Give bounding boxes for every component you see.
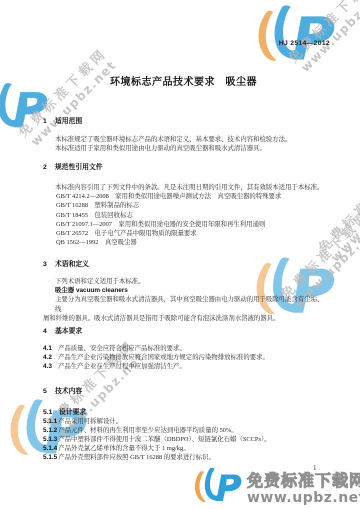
clause-text: 产品外壳氯乙烯单体的含量不得大于 1 mg/kg。 [58,444,189,453]
standard-number: HJ 2514—2012 [279,40,330,47]
page-title: 环境标志产品技术要求 吸尘器 [43,73,324,88]
section-number: 4 [43,328,50,335]
clause-text: 产品质量、安全应符合相应产品标准的要求。 [58,344,186,353]
section-title: 适用范围 [55,118,82,125]
clause-number: 4.2 [43,353,57,362]
section-title: 规范性引用文件 [55,164,103,171]
section-1-body: 本标准规定了吸尘器环境标志产品的术语和定义、基本要求、技术内容和检验方法。 本标… [43,135,325,153]
reference-item: GB/T 16288 塑料制品的标志 [43,201,325,210]
section-number: 2 [43,164,50,171]
clause-number: 4.3 [43,362,57,371]
footer-site-url: www.upbz.net [247,490,360,506]
section-number: 3 [43,261,50,268]
section-number: 1 [43,118,50,125]
up-logo-icon [191,467,245,506]
term-en: vacuum cleaners [76,287,128,294]
paragraph: 本标准内容引用了下列文件中的条款。凡是未注明日期的引用文件，其有效版本适用于本标… [43,183,325,192]
document-page: 免费标准下载网 www.upbz.net 免费标准下载网 www.upbz.ne… [0,0,360,509]
paragraph: 下列术语和定义适用于本标准。 [43,277,325,286]
clause-number: 5.1.1 [43,417,57,426]
clause-row: 4.2 产品生产企业污染物排放应符合国家或地方规定的污染物排放标准的要求。 [43,353,325,362]
clause-row: 5.1.4 产品外壳氯乙烯单体的含量不得大于 1 mg/kg。 [43,444,325,453]
clause-row: 5.1.5 产品外壳塑料部件应按照 GB/T 16288 的要求进行标识。 [43,453,325,462]
term-definition-title: 吸尘器 vacuum cleaners [43,286,325,295]
reference-item: GB/T 4214.2—2008 家用和类似用途电器噪声测试方法 真空吸尘器的特… [43,192,325,201]
reference-item: GB/T 26572 电子电气产品中限用物质的限量要求 [43,229,325,238]
paragraph: 本标准适用于家用和类似用途由电力驱动的真空吸尘器和吸水式清洁器具。 [43,144,325,153]
section-4-heading: 4基本要求 [43,325,82,335]
clause-text: 产品生产企业污染物排放应符合国家或地方规定的污染物排放标准的要求。 [58,353,269,362]
clause-row: 4.1 产品质量、安全应符合相应产品标准的要求。 [43,344,325,353]
section-title: 设计要求 [59,409,86,416]
reference-item: GB/T 18455 包装回收标志 [43,211,325,220]
section-1-heading: 1适用范围 [43,115,82,125]
clause-row: 5.1.2 产品元件、材料的再生利用率至少应达到电器平均质量的 50%。 [43,426,325,435]
clause-number: 5.1.4 [43,444,57,453]
section-2-heading: 2规范性引用文件 [43,161,103,171]
clause-text: 产品外壳塑料部件应按照 GB/T 16288 的要求进行标识。 [58,453,215,462]
clause-row: 5.1.3 产品中塑料部件不得使用十溴二苯醚（DBDPO）、短链氯化石蜡（SCC… [43,435,325,444]
section-5-1-heading: 5.1设计要求 [43,406,86,416]
section-number: 5.1 [43,409,54,416]
clause-row: 5.1.1 产品采用可拆解设计。 [43,417,325,426]
clause-text: 产品元件、材料的再生利用率至少应达到电器平均质量的 50%。 [58,426,237,435]
footer-site-name: 免费标准下载网 [247,468,360,491]
clause-row: 4.3 产品生产企业在生产过程中应加强清洁生产。 [43,362,325,371]
section-title: 基本要求 [55,328,82,335]
reference-item: QB 1562—1992 真空吸尘器 [43,238,325,247]
paragraph: 本标准规定了吸尘器环境标志产品的术语和定义、基本要求、技术内容和检验方法。 [43,135,325,144]
section-number: 5 [43,388,50,395]
clause-text: 产品中塑料部件不得使用十溴二苯醚（DBDPO）、短链氯化石蜡（SCCPs）。 [58,435,270,444]
term-zh: 吸尘器 [55,287,74,294]
footer-brand: 免费标准下载网 www.upbz.net [247,468,360,506]
reference-item: GB/T 21097.1—2007 家用和类似用途电器的安全使用年限和再生利用通… [43,220,325,229]
clause-number: 5.1.3 [43,435,57,444]
clause-text: 产品生产企业在生产过程中应加强清洁生产。 [58,362,186,371]
clause-text: 产品采用可拆解设计。 [58,417,122,426]
clause-number: 5.1.5 [43,453,57,462]
section-2-body: 本标准内容引用了下列文件中的条款。凡是未注明日期的引用文件，其有效版本适用于本标… [43,183,325,247]
definition-text: 主要分为真空吸尘器和吸水式清洁器具，其中真空吸尘器由电力驱动的用于吸除可能含有尘… [43,295,325,313]
section-title: 术语和定义 [55,261,89,268]
section-title: 技术内容 [55,388,82,395]
definition-text: 屑和纤维的器具。吸水式清洁器具是指用于吸除可能含有泡沫洗涤剂水溶液的器具。 [43,314,325,323]
section-3-heading: 3术语和定义 [43,258,89,268]
clause-number: 5.1.2 [43,426,57,435]
section-3-body: 下列术语和定义适用于本标准。 吸尘器 vacuum cleaners 主要分为真… [43,277,325,323]
section-5-heading: 5技术内容 [43,385,82,395]
section-5-body: 5.1.1 产品采用可拆解设计。 5.1.2 产品元件、材料的再生利用率至少应达… [43,417,325,462]
section-4-body: 4.1 产品质量、安全应符合相应产品标准的要求。 4.2 产品生产企业污染物排放… [43,344,325,372]
clause-number: 4.1 [43,344,57,353]
